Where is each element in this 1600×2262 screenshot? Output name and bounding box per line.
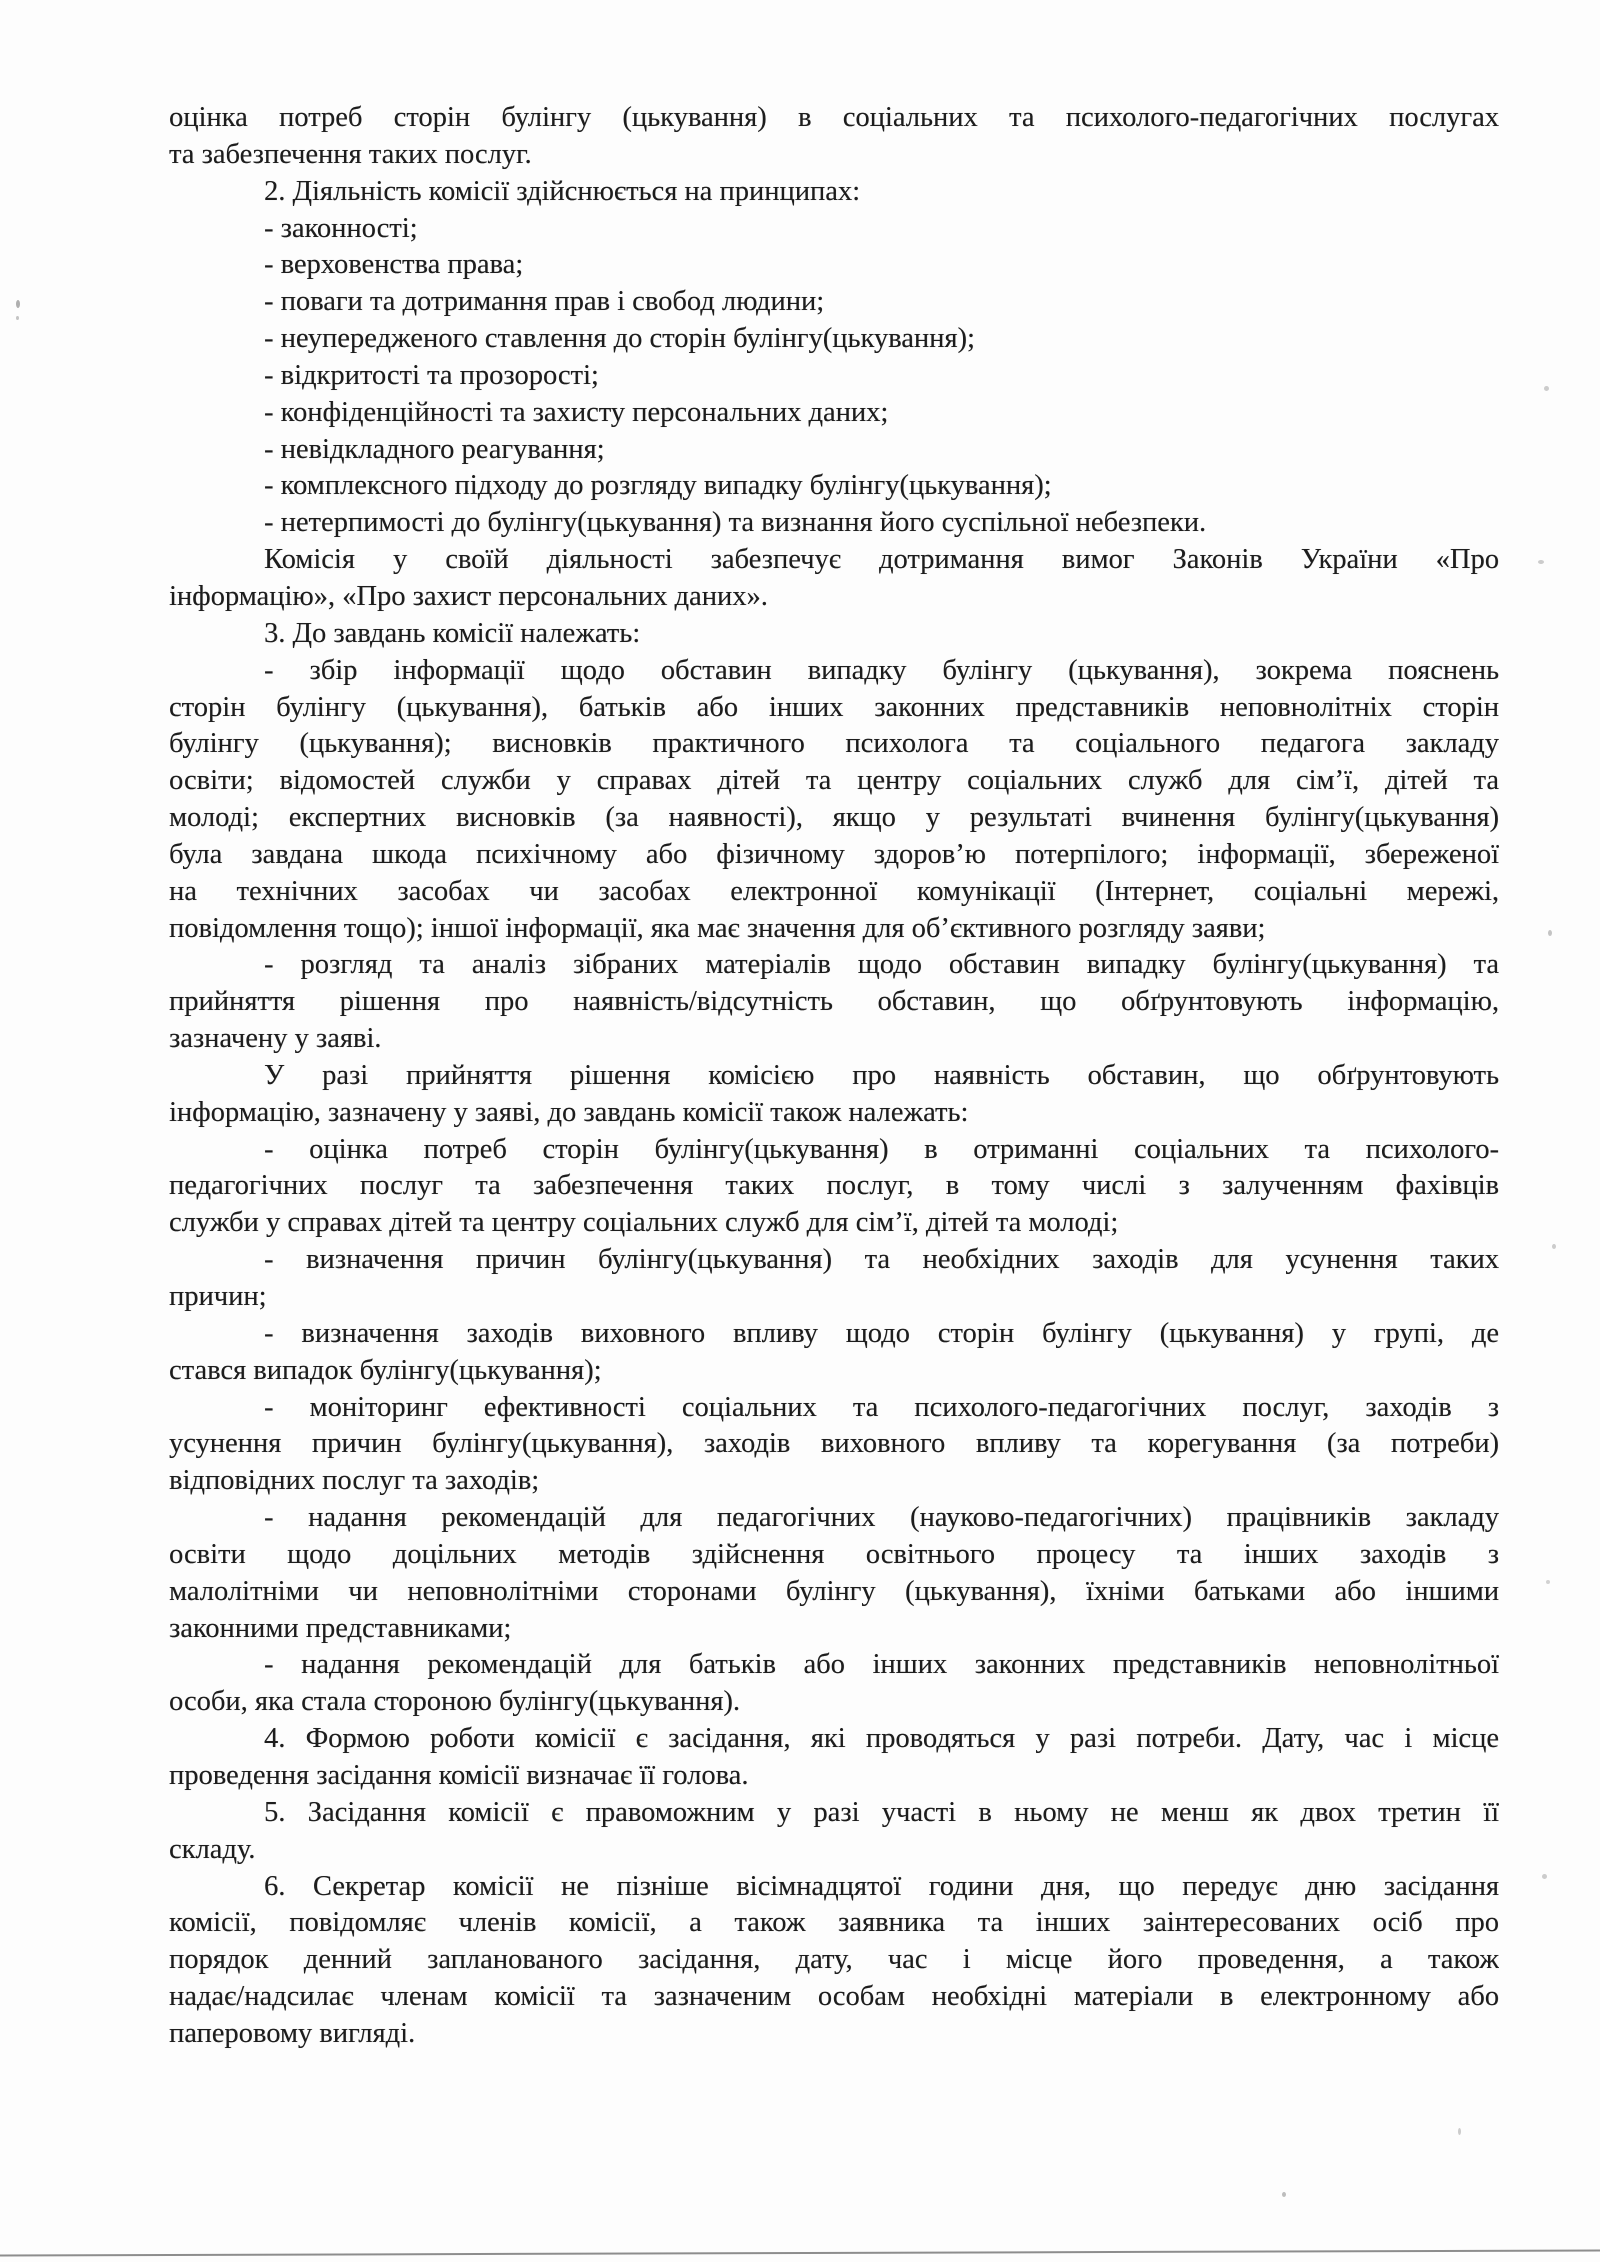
text-line: - розгляд та аналіз зібраних матеріалів … bbox=[169, 947, 1499, 984]
text-line: 4. Формою роботи комісії є засідання, як… bbox=[169, 1721, 1499, 1758]
text-line: освіти; відомостей служби у справах діте… bbox=[169, 763, 1499, 800]
text-line: надає/надсилає членам комісії та зазначе… bbox=[169, 1979, 1499, 2016]
text-line: була завдана шкода психічному або фізичн… bbox=[169, 837, 1499, 874]
scan-speck bbox=[16, 300, 20, 308]
text-line: - відкритості та прозорості; bbox=[169, 358, 1499, 395]
text-line: паперовому вигляді. bbox=[169, 2016, 1499, 2053]
scan-speck bbox=[1458, 2128, 1461, 2135]
scan-speck bbox=[1546, 1580, 1550, 1584]
text-line: повідомлення тощо); іншої інформації, як… bbox=[169, 911, 1499, 948]
text-line: - визначення причин булінгу(цькування) т… bbox=[169, 1242, 1499, 1279]
scan-speck bbox=[1542, 1874, 1547, 1879]
scan-speck bbox=[1548, 930, 1552, 936]
text-line: зазначену у заяві. bbox=[169, 1021, 1499, 1058]
text-line: - законності; bbox=[169, 211, 1499, 248]
text-line: - визначення заходів виховного впливу що… bbox=[169, 1316, 1499, 1353]
text-line: комісії, повідомляє членів комісії, а та… bbox=[169, 1905, 1499, 1942]
text-line: - надання рекомендацій для педагогічних … bbox=[169, 1500, 1499, 1537]
text-line: особи, яка стала стороною булінгу(цькува… bbox=[169, 1684, 1499, 1721]
text-line: відповідних послуг та заходів; bbox=[169, 1463, 1499, 1500]
text-line: прийняття рішення про наявність/відсутні… bbox=[169, 984, 1499, 1021]
scan-speck bbox=[1282, 2192, 1286, 2197]
document-text-block: оцінка потреб сторін булінгу (цькування)… bbox=[169, 100, 1499, 2053]
text-line: причин; bbox=[169, 1279, 1499, 1316]
document-page: оцінка потреб сторін булінгу (цькування)… bbox=[0, 0, 1600, 2262]
text-line: проведення засідання комісії визначає її… bbox=[169, 1758, 1499, 1795]
paragraph: - невідкладного реагування; bbox=[169, 432, 1499, 469]
paragraph: - поваги та дотримання прав і свобод люд… bbox=[169, 284, 1499, 321]
paragraph: 3. До завдань комісії належать: bbox=[169, 616, 1499, 653]
text-line: 6. Секретар комісії не пізніше вісімнадц… bbox=[169, 1869, 1499, 1906]
paragraph: - розгляд та аналіз зібраних матеріалів … bbox=[169, 947, 1499, 1058]
text-line: 5. Засідання комісії є правоможним у раз… bbox=[169, 1795, 1499, 1832]
text-line: - неупередженого ставлення до сторін бул… bbox=[169, 321, 1499, 358]
paragraph: - відкритості та прозорості; bbox=[169, 358, 1499, 395]
text-line: булінгу (цькування); висновків практично… bbox=[169, 726, 1499, 763]
text-line: - збір інформації щодо обставин випадку … bbox=[169, 653, 1499, 690]
text-line: - невідкладного реагування; bbox=[169, 432, 1499, 469]
text-line: - оцінка потреб сторін булінгу(цькування… bbox=[169, 1132, 1499, 1169]
text-line: - надання рекомендацій для батьків або і… bbox=[169, 1647, 1499, 1684]
paragraph: Комісія у своїй діяльності забезпечує до… bbox=[169, 542, 1499, 616]
scan-speck bbox=[1538, 560, 1544, 564]
paragraph: - неупередженого ставлення до сторін бул… bbox=[169, 321, 1499, 358]
paragraph: - моніторинг ефективності соціальних та … bbox=[169, 1390, 1499, 1501]
paragraph: оцінка потреб сторін булінгу (цькування)… bbox=[169, 100, 1499, 174]
paragraph: 4. Формою роботи комісії є засідання, як… bbox=[169, 1721, 1499, 1795]
paragraph: 5. Засідання комісії є правоможним у раз… bbox=[169, 1795, 1499, 1869]
paragraph: - законності; bbox=[169, 211, 1499, 248]
paragraph: - визначення заходів виховного впливу що… bbox=[169, 1316, 1499, 1390]
paragraph: - збір інформації щодо обставин випадку … bbox=[169, 653, 1499, 948]
text-line: - конфіденційності та захисту персональн… bbox=[169, 395, 1499, 432]
text-line: інформацію», «Про захист персональних да… bbox=[169, 579, 1499, 616]
text-line: молоді; експертних висновків (за наявнос… bbox=[169, 800, 1499, 837]
text-line: - нетерпимості до булінгу(цькування) та … bbox=[169, 505, 1499, 542]
text-line: сторін булінгу (цькування), батьків або … bbox=[169, 690, 1499, 727]
paragraph: - верховенства права; bbox=[169, 247, 1499, 284]
scan-speck bbox=[16, 316, 19, 320]
text-line: - моніторинг ефективності соціальних та … bbox=[169, 1390, 1499, 1427]
text-line: усунення причин булінгу(цькування), захо… bbox=[169, 1426, 1499, 1463]
text-line: на технічних засобах чи засобах електрон… bbox=[169, 874, 1499, 911]
paragraph: 6. Секретар комісії не пізніше вісімнадц… bbox=[169, 1869, 1499, 2053]
text-line: - поваги та дотримання прав і свобод люд… bbox=[169, 284, 1499, 321]
text-line: служби у справах дітей та центру соціаль… bbox=[169, 1205, 1499, 1242]
text-line: 3. До завдань комісії належать: bbox=[169, 616, 1499, 653]
paragraph: У разі прийняття рішення комісією про на… bbox=[169, 1058, 1499, 1132]
scan-speck bbox=[1552, 1244, 1556, 1249]
text-line: освіти щодо доцільних методів здійснення… bbox=[169, 1537, 1499, 1574]
text-line: та забезпечення таких послуг. bbox=[169, 137, 1499, 174]
scan-speck bbox=[1544, 386, 1549, 391]
text-line: У разі прийняття рішення комісією про на… bbox=[169, 1058, 1499, 1095]
paragraph: - визначення причин булінгу(цькування) т… bbox=[169, 1242, 1499, 1316]
text-line: педагогічних послуг та забезпечення таки… bbox=[169, 1168, 1499, 1205]
text-line: - верховенства права; bbox=[169, 247, 1499, 284]
text-line: малолітніми чи неповнолітніми сторонами … bbox=[169, 1574, 1499, 1611]
text-line: оцінка потреб сторін булінгу (цькування)… bbox=[169, 100, 1499, 137]
paragraph: - надання рекомендацій для батьків або і… bbox=[169, 1647, 1499, 1721]
text-line: 2. Діяльність комісії здійснюється на пр… bbox=[169, 174, 1499, 211]
paragraph: 2. Діяльність комісії здійснюється на пр… bbox=[169, 174, 1499, 211]
text-line: складу. bbox=[169, 1832, 1499, 1869]
paragraph: - нетерпимості до булінгу(цькування) та … bbox=[169, 505, 1499, 542]
paragraph: - оцінка потреб сторін булінгу(цькування… bbox=[169, 1132, 1499, 1243]
text-line: законними представниками; bbox=[169, 1611, 1499, 1648]
text-line: інформацію, зазначену у заяві, до завдан… bbox=[169, 1095, 1499, 1132]
text-line: порядок денний запланованого засідання, … bbox=[169, 1942, 1499, 1979]
scan-edge-line bbox=[0, 2249, 1600, 2256]
paragraph: - конфіденційності та захисту персональн… bbox=[169, 395, 1499, 432]
paragraph: - надання рекомендацій для педагогічних … bbox=[169, 1500, 1499, 1647]
text-line: Комісія у своїй діяльності забезпечує до… bbox=[169, 542, 1499, 579]
text-line: стався випадок булінгу(цькування); bbox=[169, 1353, 1499, 1390]
paragraph: - комплексного підходу до розгляду випад… bbox=[169, 468, 1499, 505]
text-line: - комплексного підходу до розгляду випад… bbox=[169, 468, 1499, 505]
